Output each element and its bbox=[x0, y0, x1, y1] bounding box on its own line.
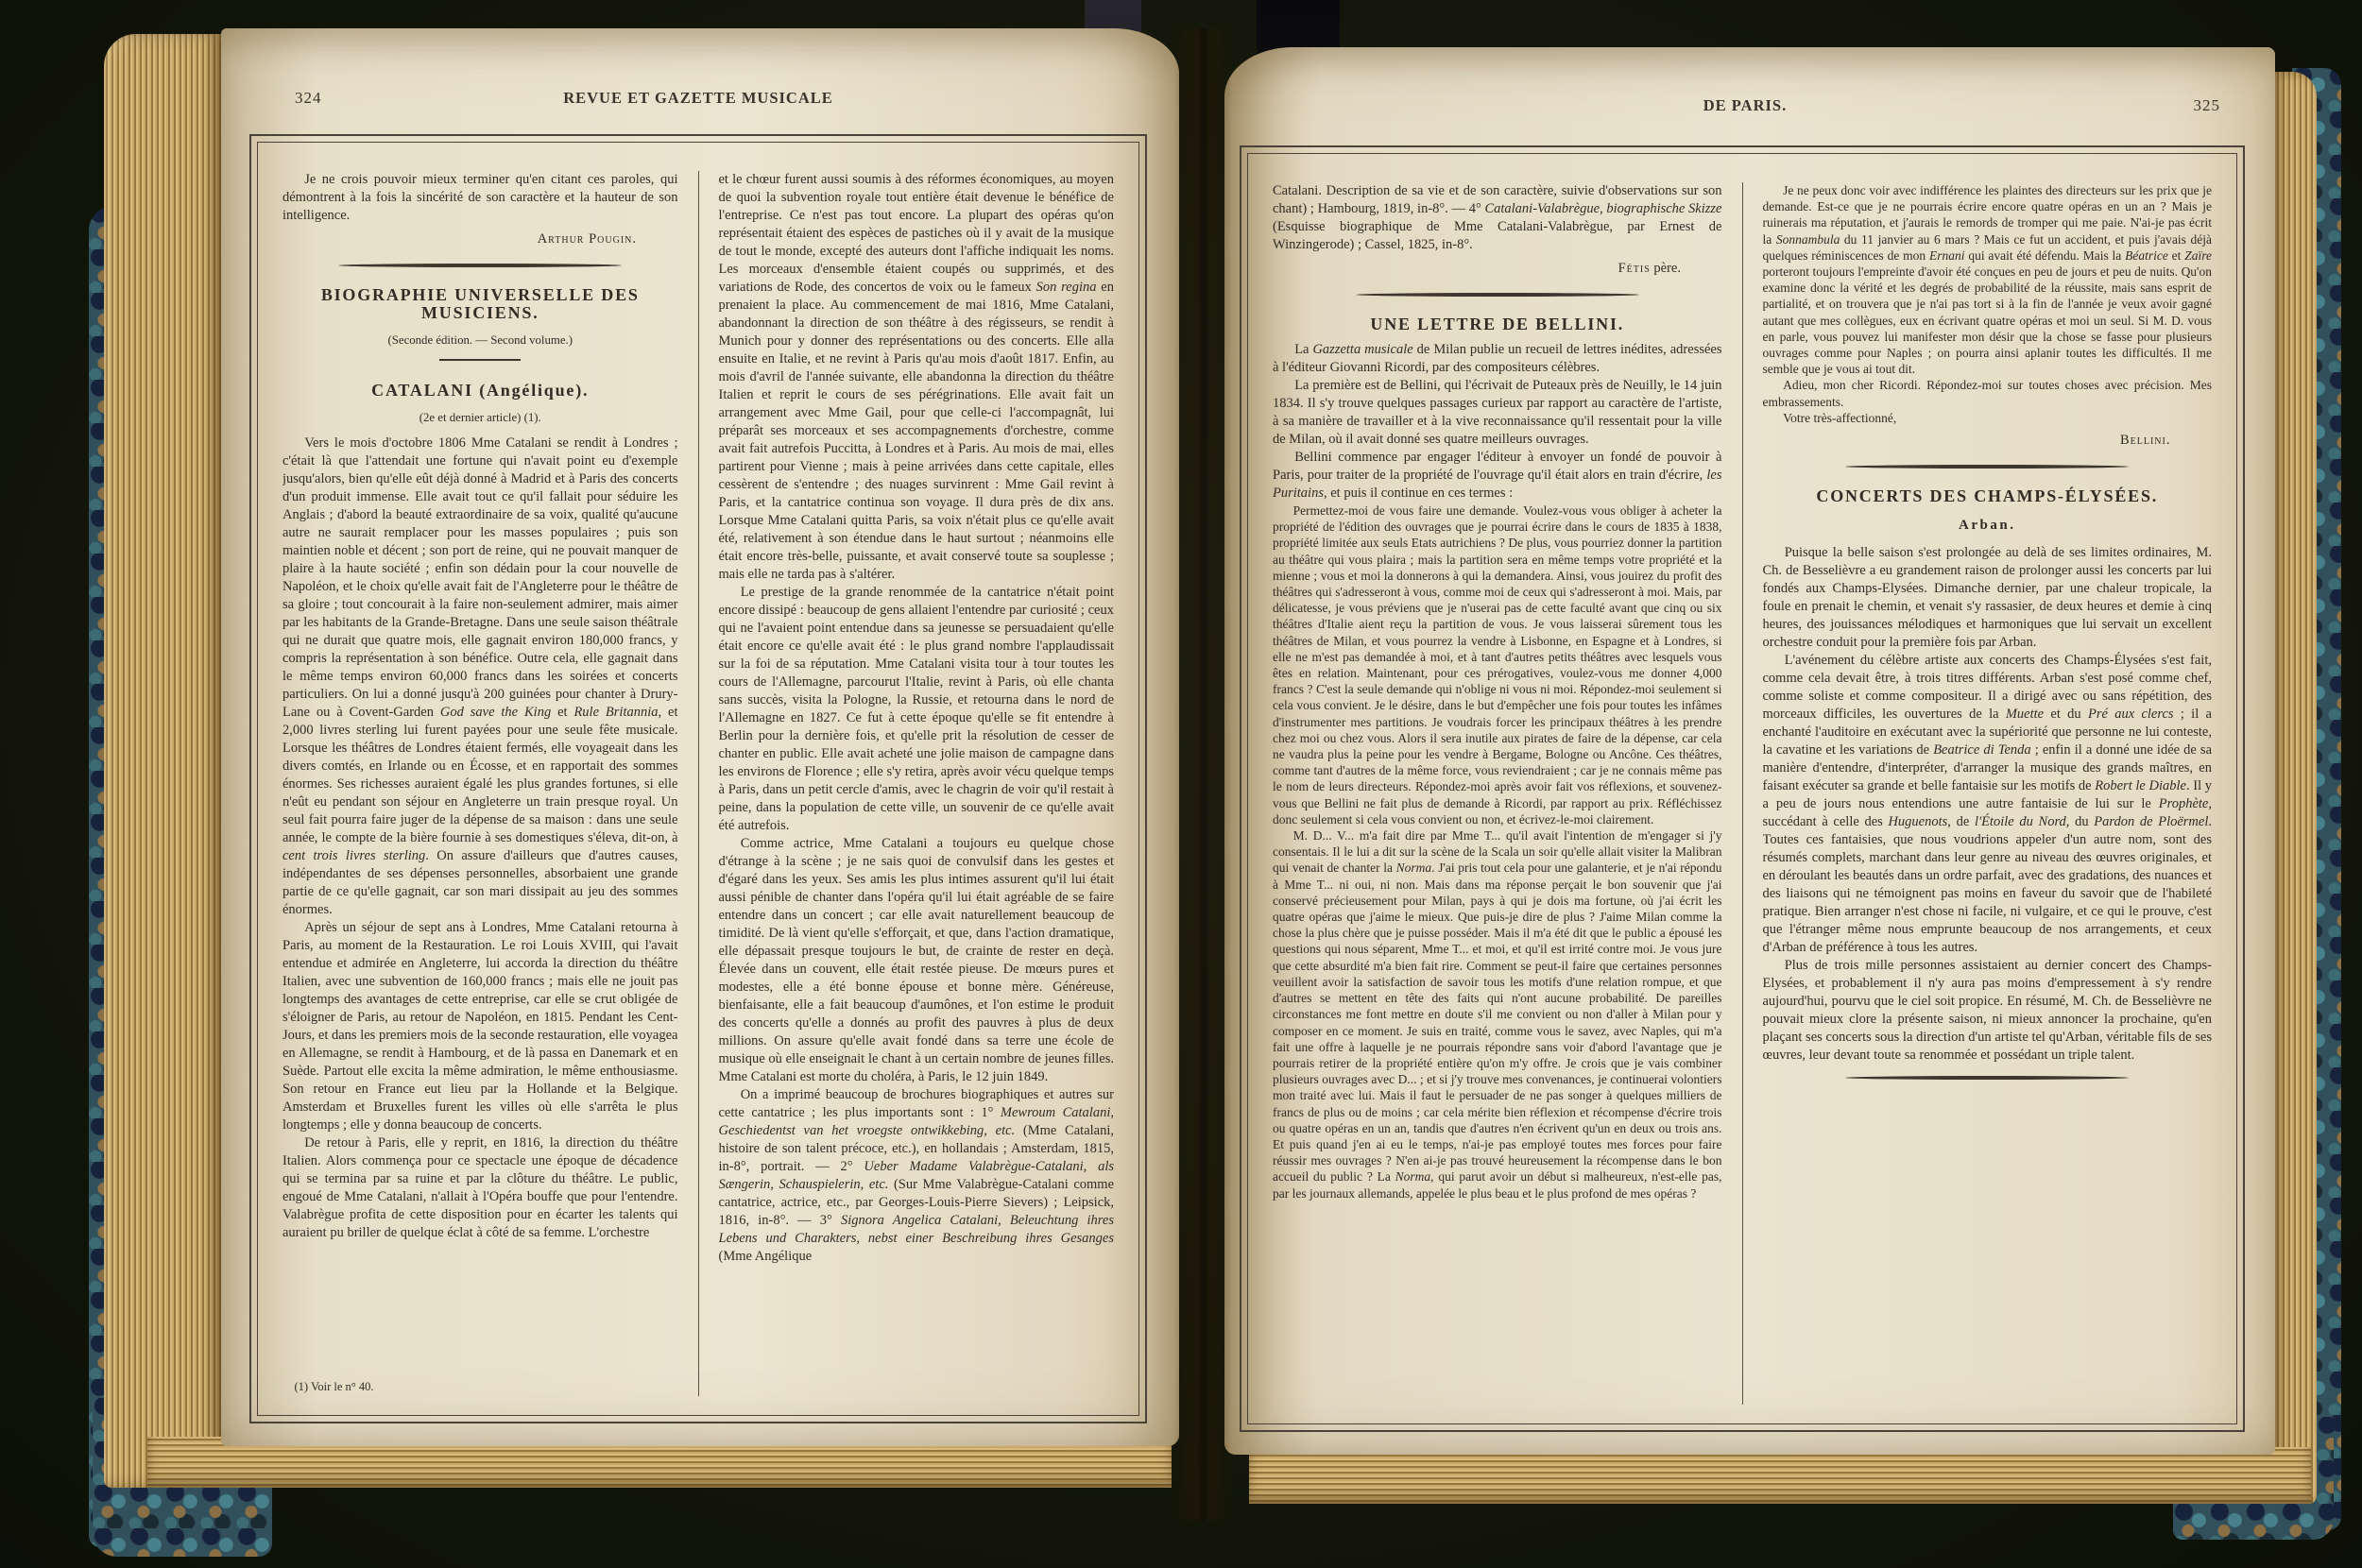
page-number: 324 bbox=[295, 89, 322, 108]
edition-note: (Seconde édition. — Second volume.) bbox=[282, 332, 678, 349]
right-page-column-2: Je ne peux donc voir avec indifférence l… bbox=[1763, 182, 2213, 1405]
left-page-paper: 324 REVUE ET GAZETTE MUSICALE Je ne croi… bbox=[221, 28, 1179, 1446]
paragraph: Bellini commence par engager l'éditeur à… bbox=[1273, 449, 1722, 503]
paragraph: Après un séjour de sept ans à Londres, M… bbox=[282, 919, 678, 1134]
right-page: DE PARIS. 325 Catalani. Description de s… bbox=[1224, 47, 2317, 1504]
paragraph: Le prestige de la grande renommée de la … bbox=[719, 584, 1115, 835]
signature: Arthur Pougin. bbox=[282, 230, 678, 248]
column-rule bbox=[698, 171, 699, 1396]
paragraph: L'avénement du célèbre artiste aux conce… bbox=[1763, 652, 2213, 957]
edition-note: (2e et dernier article) (1). bbox=[282, 409, 678, 427]
paragraph: Puisque la belle saison s'est prolongée … bbox=[1763, 544, 2213, 652]
sub-heading: Arban. bbox=[1763, 517, 2213, 535]
left-page-column-1: Je ne crois pouvoir mieux terminer qu'en… bbox=[282, 171, 678, 1396]
paragraph: et le chœur furent aussi soumis à des ré… bbox=[719, 171, 1115, 584]
paragraph: De retour à Paris, elle y reprit, en 181… bbox=[282, 1134, 678, 1242]
separator-rule bbox=[1356, 293, 1639, 297]
book-photo-scene: 324 REVUE ET GAZETTE MUSICALE Je ne croi… bbox=[0, 0, 2362, 1568]
section-heading: UNE LETTRE DE BELLINI. bbox=[1273, 315, 1722, 333]
separator-rule bbox=[338, 264, 622, 267]
signature: Fétis père. bbox=[1273, 260, 1722, 278]
quote-paragraph: M. D... V... m'a fait dire par Mme T... … bbox=[1273, 827, 1722, 1202]
right-page-rule-frame: Catalani. Description de sa vie et de so… bbox=[1240, 145, 2245, 1432]
page-edge-stack-right bbox=[2269, 72, 2317, 1504]
section-heading: CONCERTS DES CHAMPS-ÉLYSÉES. bbox=[1763, 487, 2213, 505]
right-page-header: DE PARIS. 325 bbox=[1243, 96, 2247, 115]
paragraph: La première est de Bellini, qui l'écriva… bbox=[1273, 377, 1722, 449]
running-title: REVUE ET GAZETTE MUSICALE bbox=[563, 89, 833, 107]
paragraph: On a imprimé beaucoup de brochures biogr… bbox=[719, 1086, 1115, 1266]
left-page-column-2: et le chœur furent aussi soumis à des ré… bbox=[719, 171, 1115, 1396]
paragraph: Vers le mois d'octobre 1806 Mme Catalani… bbox=[282, 435, 678, 919]
left-page: 324 REVUE ET GAZETTE MUSICALE Je ne croi… bbox=[104, 28, 1179, 1488]
quote-paragraph: Adieu, mon cher Ricordi. Répondez-moi su… bbox=[1763, 377, 2213, 409]
right-page-text-block: Catalani. Description de sa vie et de so… bbox=[1247, 153, 2237, 1424]
signature: Bellini. bbox=[1763, 432, 2213, 450]
book-gutter-shadow bbox=[1173, 28, 1232, 1521]
column-rule bbox=[1742, 182, 1743, 1405]
paragraph: Je ne crois pouvoir mieux terminer qu'en… bbox=[282, 171, 678, 225]
paragraph: Comme actrice, Mme Catalani a toujours e… bbox=[719, 835, 1115, 1086]
separator-rule bbox=[1845, 1076, 2129, 1080]
heading-rule bbox=[439, 359, 521, 361]
section-heading: BIOGRAPHIE UNIVERSELLE DES MUSICIENS. bbox=[282, 286, 678, 322]
quote-paragraph: Je ne peux donc voir avec indifférence l… bbox=[1763, 182, 2213, 377]
page-edge-stack-bottom-right bbox=[1249, 1447, 2311, 1504]
page-edge-stack-left bbox=[104, 34, 223, 1488]
paragraph: Catalani. Description de sa vie et de so… bbox=[1273, 182, 1722, 254]
page-number: 325 bbox=[2194, 96, 2221, 115]
left-page-header: 324 REVUE ET GAZETTE MUSICALE bbox=[249, 89, 1147, 108]
running-title: DE PARIS. bbox=[1703, 96, 1787, 114]
quote-paragraph: Permettez-moi de vous faire une demande.… bbox=[1273, 503, 1722, 827]
left-page-rule-frame: Je ne crois pouvoir mieux terminer qu'en… bbox=[249, 134, 1147, 1423]
footnote: (1) Voir le n° 40. bbox=[282, 1365, 678, 1396]
section-heading: CATALANI (Angélique). bbox=[282, 382, 678, 400]
quote-paragraph: Votre très-affectionné, bbox=[1763, 410, 2213, 426]
separator-rule bbox=[1845, 465, 2129, 469]
right-page-column-1: Catalani. Description de sa vie et de so… bbox=[1273, 182, 1722, 1405]
paragraph: Plus de trois mille personnes assistaien… bbox=[1763, 957, 2213, 1065]
paragraph: La Gazzetta musicale de Milan publie un … bbox=[1273, 341, 1722, 377]
left-page-text-block: Je ne crois pouvoir mieux terminer qu'en… bbox=[257, 142, 1139, 1416]
right-page-paper: DE PARIS. 325 Catalani. Description de s… bbox=[1224, 47, 2275, 1455]
